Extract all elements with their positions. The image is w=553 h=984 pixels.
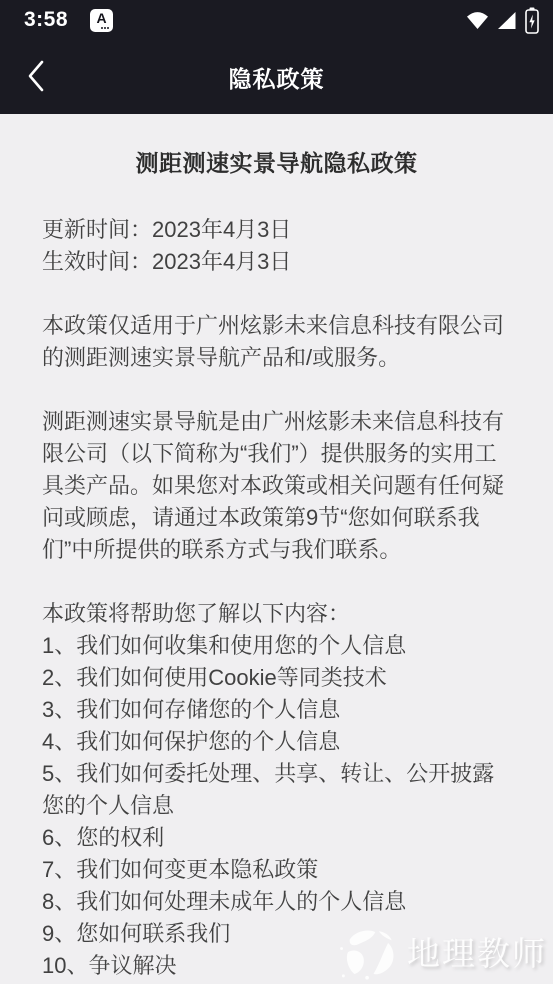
toc-item: 7、我们如何变更本隐私政策 <box>42 854 511 886</box>
input-method-icon: A <box>90 9 113 32</box>
toc-item: 10、争议解决 <box>42 950 511 982</box>
document-title: 测距测速实景导航隐私政策 <box>42 148 511 178</box>
policy-paragraph: 测距测速实景导航是由广州炫影未来信息科技有限公司（以下简称为“我们”）提供服务的… <box>42 406 511 566</box>
policy-paragraph: 本政策仅适用于广州炫影未来信息科技有限公司的测距测速实景导航产品和/或服务。 <box>42 310 511 374</box>
toc-item: 9、您如何联系我们 <box>42 918 511 950</box>
policy-dates: 更新时间：2023年4月3日 生效时间：2023年4月3日 <box>42 214 511 278</box>
page-title: 隐私政策 <box>229 61 325 94</box>
toc-intro: 本政策将帮助您了解以下内容： <box>42 598 511 630</box>
back-button[interactable] <box>14 53 58 101</box>
toc-item: 4、我们如何保护您的个人信息 <box>42 726 511 758</box>
app-bar: 隐私政策 <box>0 40 553 114</box>
status-bar: 3:58 A <box>0 0 553 40</box>
toc-item: 8、我们如何处理未成年人的个人信息 <box>42 886 511 918</box>
policy-toc: 本政策将帮助您了解以下内容： 1、我们如何收集和使用您的个人信息 2、我们如何使… <box>42 598 511 982</box>
cellular-signal-icon <box>497 11 517 30</box>
toc-item: 6、您的权利 <box>42 822 511 854</box>
toc-item: 2、我们如何使用Cookie等同类技术 <box>42 662 511 694</box>
toc-item: 5、我们如何委托处理、共享、转让、公开披露您的个人信息 <box>42 758 511 822</box>
toc-item: 3、我们如何存储您的个人信息 <box>42 694 511 726</box>
policy-scroll-area[interactable]: 测距测速实景导航隐私政策 更新时间：2023年4月3日 生效时间：2023年4月… <box>0 114 553 984</box>
ime-dots <box>107 27 109 29</box>
battery-charging-icon <box>525 7 539 34</box>
back-chevron-icon <box>26 59 46 96</box>
toc-item: 1、我们如何收集和使用您的个人信息 <box>42 630 511 662</box>
wifi-icon <box>466 11 489 30</box>
clock-time: 3:58 <box>24 8 68 32</box>
updated-date: 更新时间：2023年4月3日 <box>42 214 511 246</box>
effective-date: 生效时间：2023年4月3日 <box>42 246 511 278</box>
